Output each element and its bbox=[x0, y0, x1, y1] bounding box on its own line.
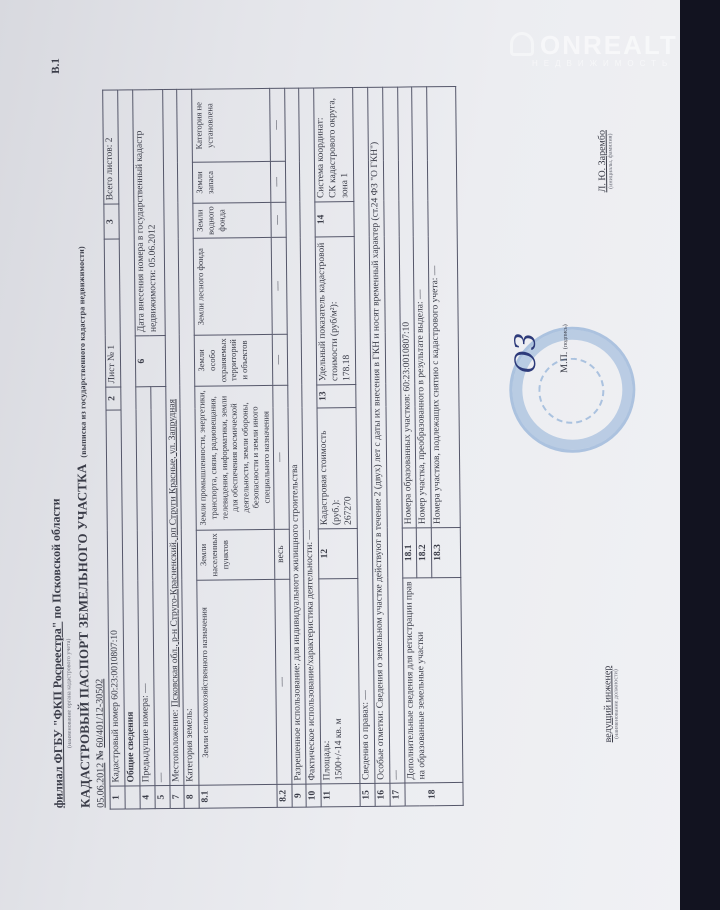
watermark-logo: ONREALT НЕДВИЖИМОСТЬ bbox=[510, 30, 678, 68]
entry-date: 05.06.2012 bbox=[147, 225, 157, 268]
cadastral-passport: филиал ФГБУ "ФКП Росреестра" по Псковско… bbox=[35, 12, 684, 899]
document-date-number: 05.06.2012 № 60/401/12-30502 bbox=[94, 679, 106, 808]
coordinate-system: СК кадастрового округа, зона 1 bbox=[327, 98, 350, 198]
document-title: КАДАСТРОВЫЙ ПАСПОРТ ЗЕМЕЛЬНОГО УЧАСТКА(в… bbox=[72, 246, 94, 808]
permitted-use: для индивидуального жилищного строительс… bbox=[290, 464, 302, 660]
stamp-place-label: М.П. (подпись) bbox=[559, 324, 571, 373]
organization-caption: (наименование органа кадастрового учета) bbox=[66, 639, 73, 749]
official-position: ведущий инженер (наименование должности) bbox=[602, 666, 620, 743]
row-category-headers: 8.1 Земли сельскохозяйственного назначен… bbox=[192, 88, 277, 808]
cadastral-table: 1 Кадастровый номер 60:23:0010807:10 2 Л… bbox=[102, 86, 464, 810]
total-sheets: Всего листов: 2 bbox=[103, 90, 119, 204]
official-name: Л. Ю. Зарембо (инициалы, фамилия) bbox=[597, 130, 615, 193]
form-code: В.1 bbox=[50, 58, 62, 74]
cadastral-cost: 267270 bbox=[343, 496, 353, 525]
location-address: Псковская обл., р-н Струго-Красненский, … bbox=[167, 399, 180, 707]
house-icon bbox=[510, 32, 534, 56]
background-edge bbox=[680, 0, 720, 910]
issuing-organization: филиал ФГБУ "ФКП Росреестра" по Псковско… bbox=[48, 498, 66, 808]
sheet-number: Лист № 1 bbox=[104, 239, 120, 387]
cadastral-number: 60:23:0010807:10 bbox=[110, 630, 121, 700]
signature: ОЗ bbox=[509, 333, 542, 374]
unit-cost: 178.18 bbox=[342, 355, 352, 381]
area-value: 1500+/-14 кв. м bbox=[334, 718, 345, 780]
formed-parcel-number: 60:23:0010807:10 bbox=[401, 322, 412, 392]
